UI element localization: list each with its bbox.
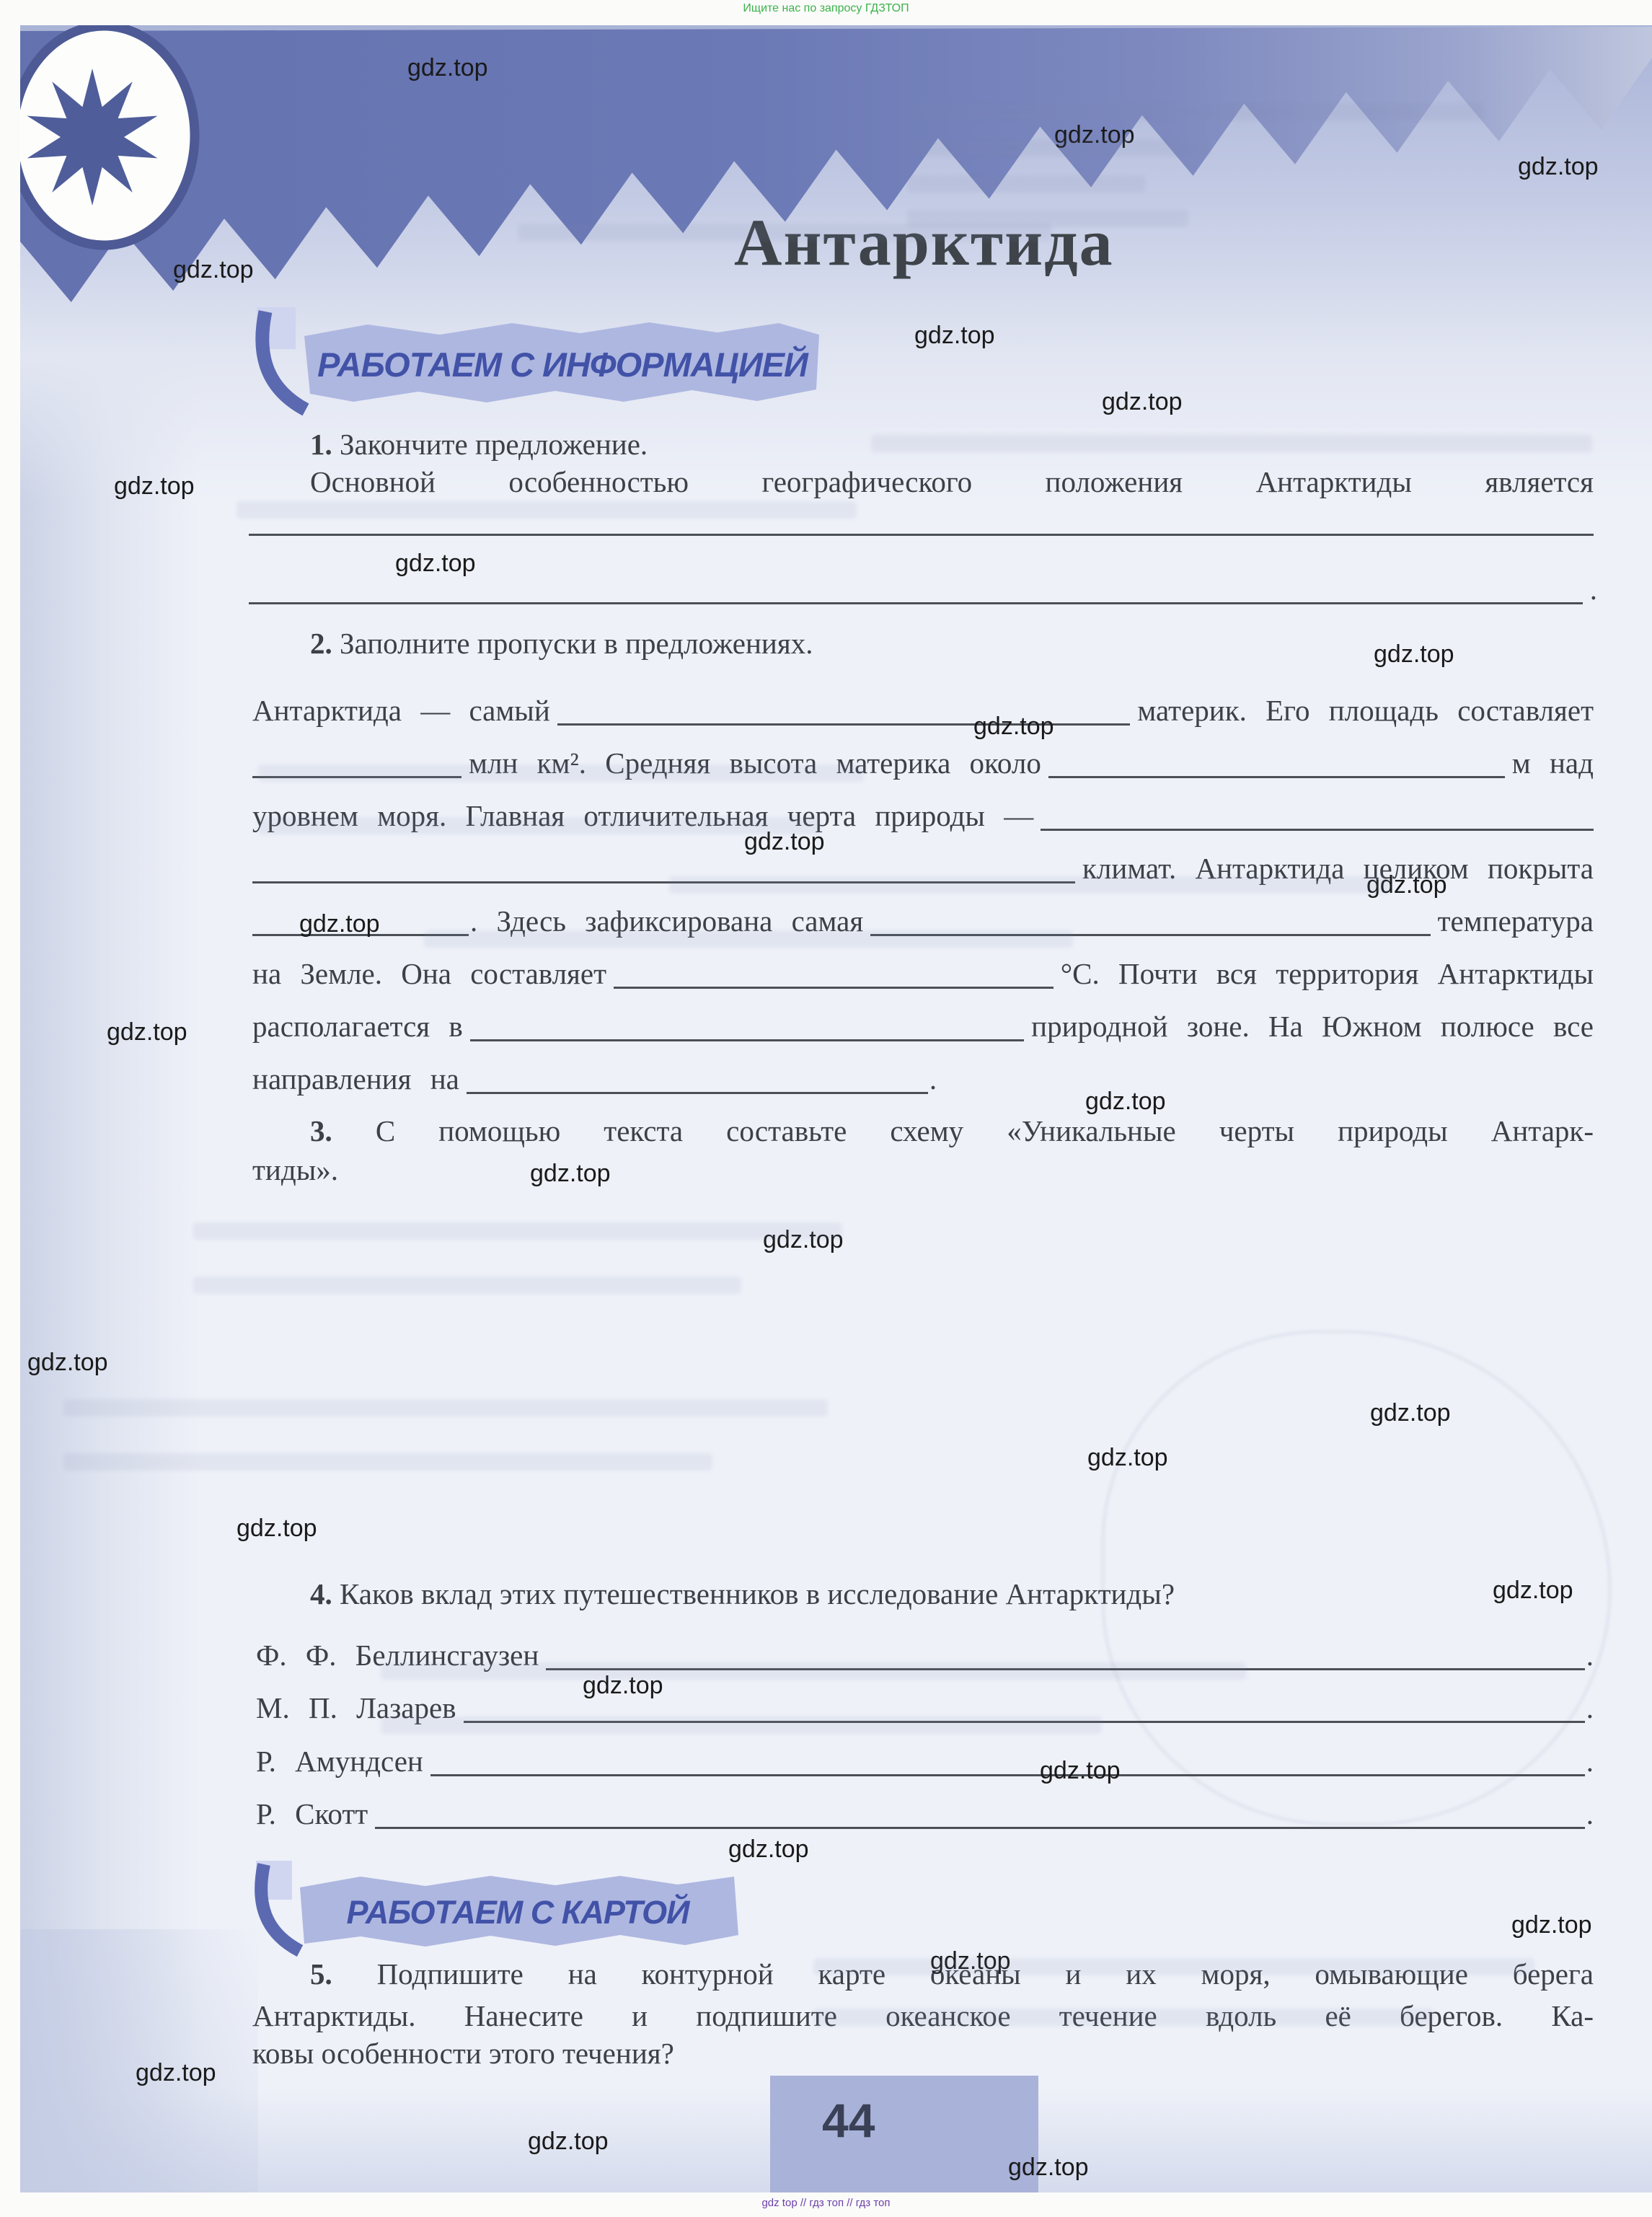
period: . [929,1061,937,1098]
period: . [1590,571,1597,608]
exercise-1-number: 1. [310,428,332,461]
answer-blank [467,1065,928,1094]
watermark: gdz.top [136,2059,216,2087]
banner-map-label: РАБОТАЕМ С КАРТОЙ [347,1894,692,1931]
exercise-1-text: Основной особенностью географического по… [310,464,1594,501]
bleedthrough-smudge [907,103,1484,120]
watermark: gdz.top [395,550,476,578]
fill-in-line-7: располагается в природной зоне. На Южном… [252,1005,1594,1045]
watermark: gdz.top [1511,1911,1592,1939]
bleedthrough-smudge [193,1277,741,1294]
text-fragment: Антарктида — самый [252,692,550,729]
bleedthrough-smudge [63,1453,712,1471]
page-number-box: 44 [770,2076,1038,2192]
fill-in-line-8: направления на . [252,1057,1594,1098]
answer-blank [249,575,1583,604]
watermark: gdz.top [27,1349,108,1377]
explorer-name: Р. Амундсен [256,1743,423,1780]
watermark: gdz.top [973,713,1054,741]
bleedthrough-smudge [381,1716,1102,1734]
explorer-row: Р. Амундсен . [256,1740,1594,1780]
watermark: gdz.top [528,2128,609,2156]
bleedthrough-smudge [907,175,1145,193]
exercise-3-text-continued: тиды». [252,1152,338,1189]
answer-line [249,534,1594,536]
watermark: gdz.top [1518,153,1599,181]
answer-blank [470,1012,1024,1041]
period: . [1586,1796,1594,1833]
exercise-4-number: 4. [310,1577,332,1610]
fill-in-line-6: на Земле. Она составляет °С. Почти вся т… [252,952,1594,992]
exercise-4-title: Каков вклад этих путешественников в иссл… [340,1577,1175,1610]
explorer-row: Р. Скотт . [256,1792,1594,1833]
bleedthrough-smudge [813,2009,1434,2026]
bleedthrough-smudge [424,930,1073,948]
text-fragment: температура [1438,903,1594,940]
period: . [1586,1743,1594,1780]
watermark: gdz.top [530,1160,611,1188]
exercise-2-heading: 2. Заполните пропуски в предложениях. [310,625,813,662]
banner-info-label: РАБОТАЕМ С ИНФОРМАЦИЕЙ [317,345,809,384]
bleedthrough-smudge [871,435,1592,452]
text-fragment: м над [1512,745,1594,782]
watermark: gdz.top [114,472,195,501]
scanned-workbook-screenshot: { "promo_top": "Ищите нас по запросу ГДЗ… [0,0,1652,2217]
fill-in-line-1: Антарктида — самый материк. Его площадь … [252,689,1594,729]
watermark: gdz.top [299,910,380,938]
text-fragment: располагается в [252,1008,463,1045]
text-fragment: природной зоне. На Южном полюсе все [1031,1008,1594,1045]
answer-blank [430,1747,1585,1776]
watermark: gdz.top [237,1515,317,1543]
banner-work-with-information: РАБОТАЕМ С ИНФОРМАЦИЕЙ [252,303,822,433]
exercise-2-number: 2. [310,627,332,660]
exercise-1-title: Закончите предложение. [340,428,648,461]
bleedthrough-smudge [669,876,1390,894]
footer-watermark-text: gdz top // гдз топ // гдз топ [0,2197,1652,2209]
workbook-page: Антарктида РАБОТАЕМ С ИНФОРМАЦИЕЙ 1. Зак… [20,25,1652,2192]
watermark: gdz.top [1102,388,1183,416]
watermark: gdz.top [107,1018,187,1046]
period: . [1586,1690,1594,1727]
answer-blank [1048,749,1505,778]
period: . [1586,1637,1594,1674]
watermark: gdz.top [1087,1444,1168,1472]
answer-blank [1041,801,1594,831]
page-number: 44 [822,2093,875,2148]
bleedthrough-smudge [518,224,1051,241]
watermark: gdz.top [914,322,995,350]
bleedthrough-smudge [907,139,1210,157]
watermark: gdz.top [1040,1757,1121,1785]
exercise-4-heading: 4. Каков вклад этих путешественников в и… [310,1576,1175,1613]
text-fragment: направления на [252,1061,459,1098]
exercise-3-text: С помощью текста составьте схему «Уникал… [376,1114,1594,1147]
watermark: gdz.top [173,256,254,284]
watermark: gdz.top [407,54,488,82]
exercise-5-text-line3: ковы особенности этого течения? [252,2035,674,2072]
bleedthrough-smudge [63,1399,828,1416]
answer-blank [375,1799,1585,1829]
bleedthrough-smudge [381,1662,1246,1680]
bleedthrough-smudge [813,1958,1534,1975]
compass-star-emblem [20,25,229,263]
exercise-5-number: 5. [310,1957,332,1991]
answer-blank [614,959,1054,989]
watermark: gdz.top [728,1835,809,1864]
text-fragment: на Земле. Она составляет [252,956,606,992]
watermark: gdz.top [1370,1399,1451,1427]
text-fragment: °С. Почти вся территория Антарктиды [1061,956,1594,992]
banner-work-with-map: РАБОТАЕМ С КАРТОЙ [252,1857,743,1965]
watermark: gdz.top [1493,1577,1573,1605]
text-fragment: материк. Его площадь составляет [1137,692,1594,729]
watermark: gdz.top [1085,1088,1166,1116]
watermark: gdz.top [1374,640,1454,669]
exercise-1-heading: 1. Закончите предложение. [310,426,648,463]
promo-search-text: Ищите нас по запросу ГДЗТОП [0,2,1652,15]
bleedthrough-smudge [237,501,857,519]
bleedthrough-smudge [258,764,864,782]
bleedthrough-smudge [258,817,821,834]
exercise-2-title: Заполните пропуски в предложениях. [340,627,813,660]
exercise-3-number: 3. [310,1114,332,1147]
watermark: gdz.top [1008,2154,1089,2182]
explorer-name: Р. Скотт [256,1796,368,1833]
bleedthrough-smudge [193,1222,842,1240]
exercise-3-heading: 3. С помощью текста составьте схему «Уни… [252,1113,1594,1150]
